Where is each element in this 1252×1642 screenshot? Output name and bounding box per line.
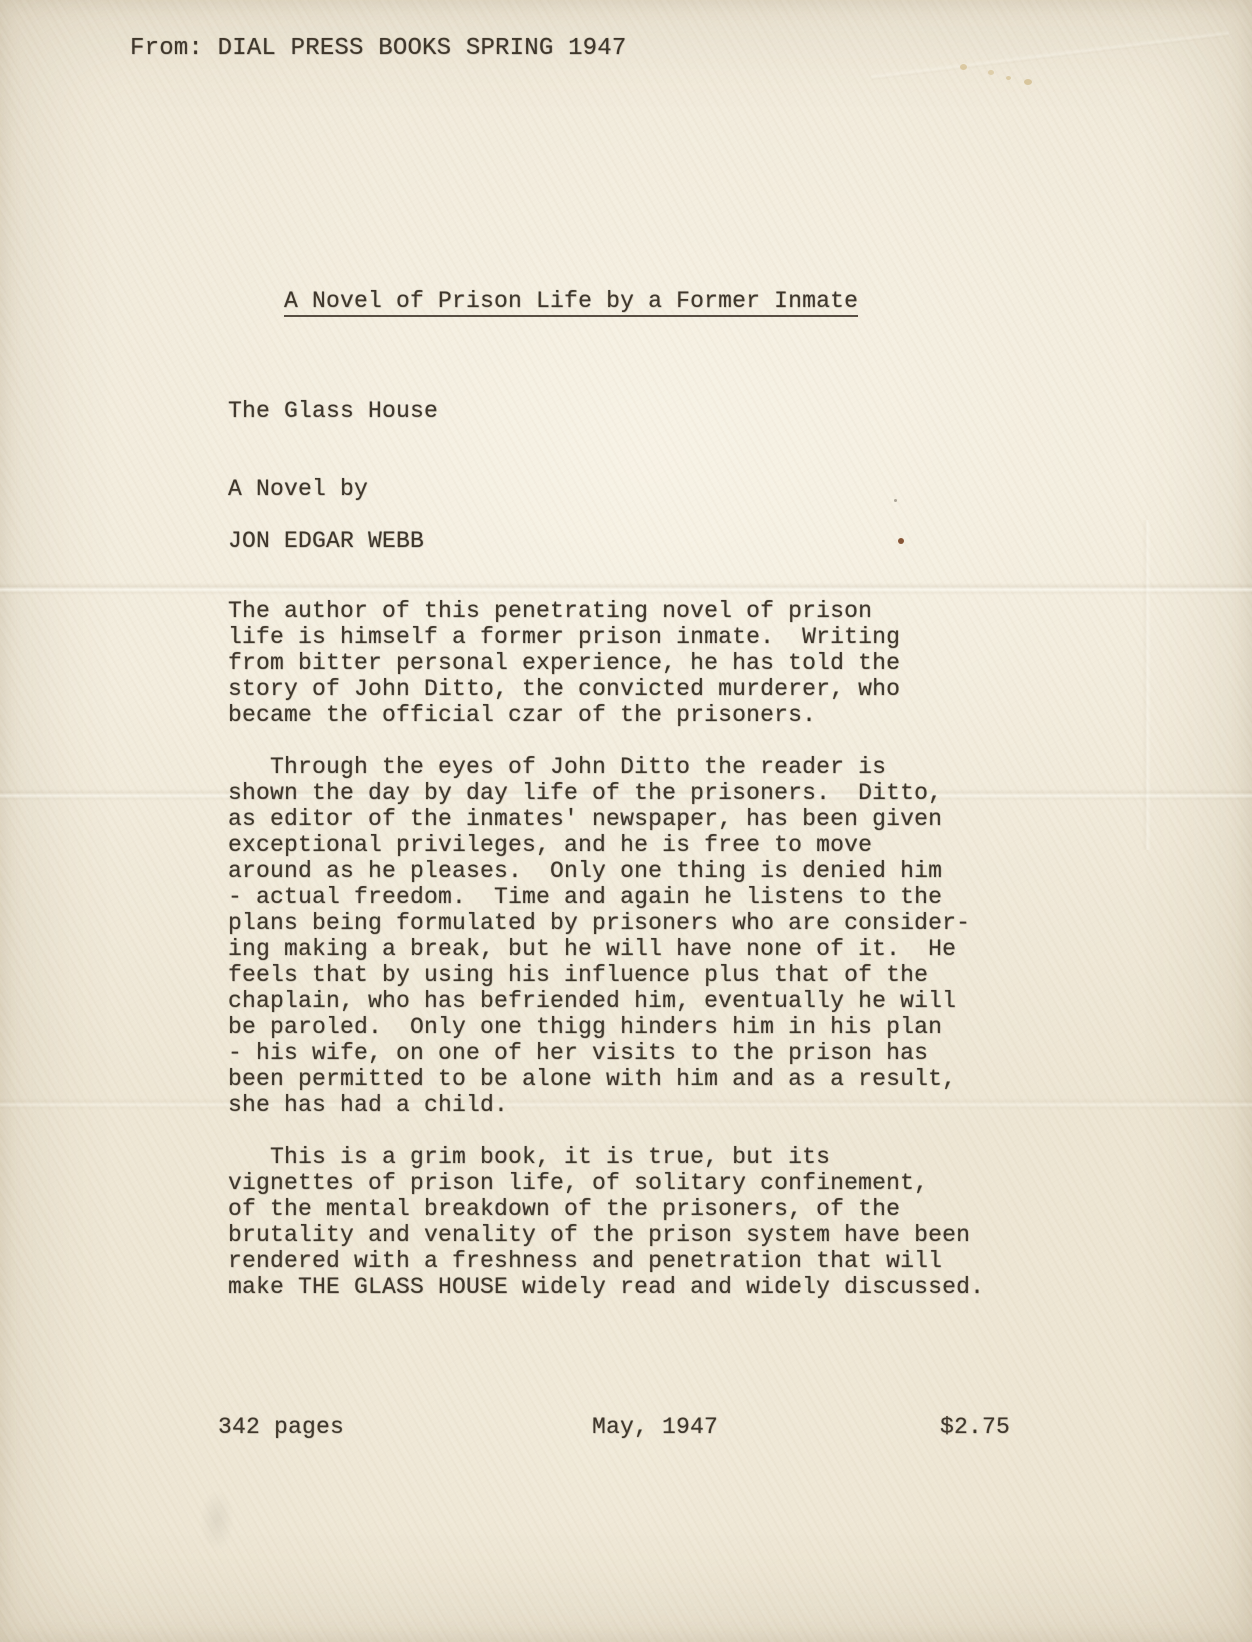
text-line: life is himself a former prison inmate. … bbox=[228, 624, 984, 650]
text-line: story of John Ditto, the convicted murde… bbox=[228, 676, 984, 702]
text-line: from bitter personal experience, he has … bbox=[228, 650, 984, 676]
page-count: 342 pages bbox=[218, 1414, 344, 1440]
paper-speck bbox=[988, 70, 994, 75]
text-line: chaplain, who has befriended him, eventu… bbox=[228, 988, 984, 1014]
author-name: JON EDGAR WEBB bbox=[228, 528, 424, 554]
text-line: plans being formulated by prisoners who … bbox=[228, 910, 984, 936]
text-line: Through the eyes of John Ditto the reade… bbox=[228, 754, 984, 780]
text-line: became the official czar of the prisoner… bbox=[228, 702, 984, 728]
byline-label: A Novel by bbox=[228, 476, 368, 502]
text-line: shown the day by day life of the prisone… bbox=[228, 780, 984, 806]
text-line: brutality and venality of the prison sys… bbox=[228, 1222, 984, 1248]
text-line: be paroled. Only one thigg hinders him i… bbox=[228, 1014, 984, 1040]
paragraph: Through the eyes of John Ditto the reade… bbox=[228, 754, 984, 1118]
text-line: she has had a child. bbox=[228, 1092, 984, 1118]
paper-crease bbox=[871, 30, 1229, 81]
text-line: feels that by using his influence plus t… bbox=[228, 962, 984, 988]
footer-row: 342 pages May, 1947 $2.75 bbox=[218, 1414, 1068, 1444]
paper-speck bbox=[894, 499, 897, 502]
body-text: The author of this penetrating novel of … bbox=[228, 598, 984, 1326]
price: $2.75 bbox=[940, 1414, 1010, 1440]
text-line: as editor of the inmates' newspaper, has… bbox=[228, 806, 984, 832]
paragraph: The author of this penetrating novel of … bbox=[228, 598, 984, 728]
headline: A Novel of Prison Life by a Former Inmat… bbox=[228, 262, 858, 343]
text-line: make THE GLASS HOUSE widely read and wid… bbox=[228, 1274, 984, 1300]
scanned-press-release-page: From: DIAL PRESS BOOKS SPRING 1947 A Nov… bbox=[0, 0, 1252, 1642]
paper-speck bbox=[1024, 79, 1032, 85]
headline-text: A Novel of Prison Life by a Former Inmat… bbox=[284, 288, 858, 317]
text-line: - actual freedom. Time and again he list… bbox=[228, 884, 984, 910]
paper-speck bbox=[1006, 76, 1011, 80]
text-line: - his wife, on one of her visits to the … bbox=[228, 1040, 984, 1066]
text-line: ing making a break, but he will have non… bbox=[228, 936, 984, 962]
text-line: The author of this penetrating novel of … bbox=[228, 598, 984, 624]
paper-speck bbox=[960, 64, 967, 70]
text-line: around as he pleases. Only one thing is … bbox=[228, 858, 984, 884]
text-line: vignettes of prison life, of solitary co… bbox=[228, 1170, 984, 1196]
text-line: rendered with a freshness and penetratio… bbox=[228, 1248, 984, 1274]
paper-speck bbox=[898, 538, 904, 544]
paper-crease bbox=[0, 583, 1252, 595]
paragraph: This is a grim book, it is true, but its… bbox=[228, 1144, 984, 1300]
press-source-line: From: DIAL PRESS BOOKS SPRING 1947 bbox=[130, 36, 626, 62]
publication-date: May, 1947 bbox=[592, 1414, 718, 1440]
paper-crease bbox=[1142, 520, 1151, 850]
text-line: This is a grim book, it is true, but its bbox=[228, 1144, 984, 1170]
text-line: been permitted to be alone with him and … bbox=[228, 1066, 984, 1092]
text-line: exceptional privileges, and he is free t… bbox=[228, 832, 984, 858]
book-title: The Glass House bbox=[228, 398, 438, 424]
text-line: of the mental breakdown of the prisoners… bbox=[228, 1196, 984, 1222]
